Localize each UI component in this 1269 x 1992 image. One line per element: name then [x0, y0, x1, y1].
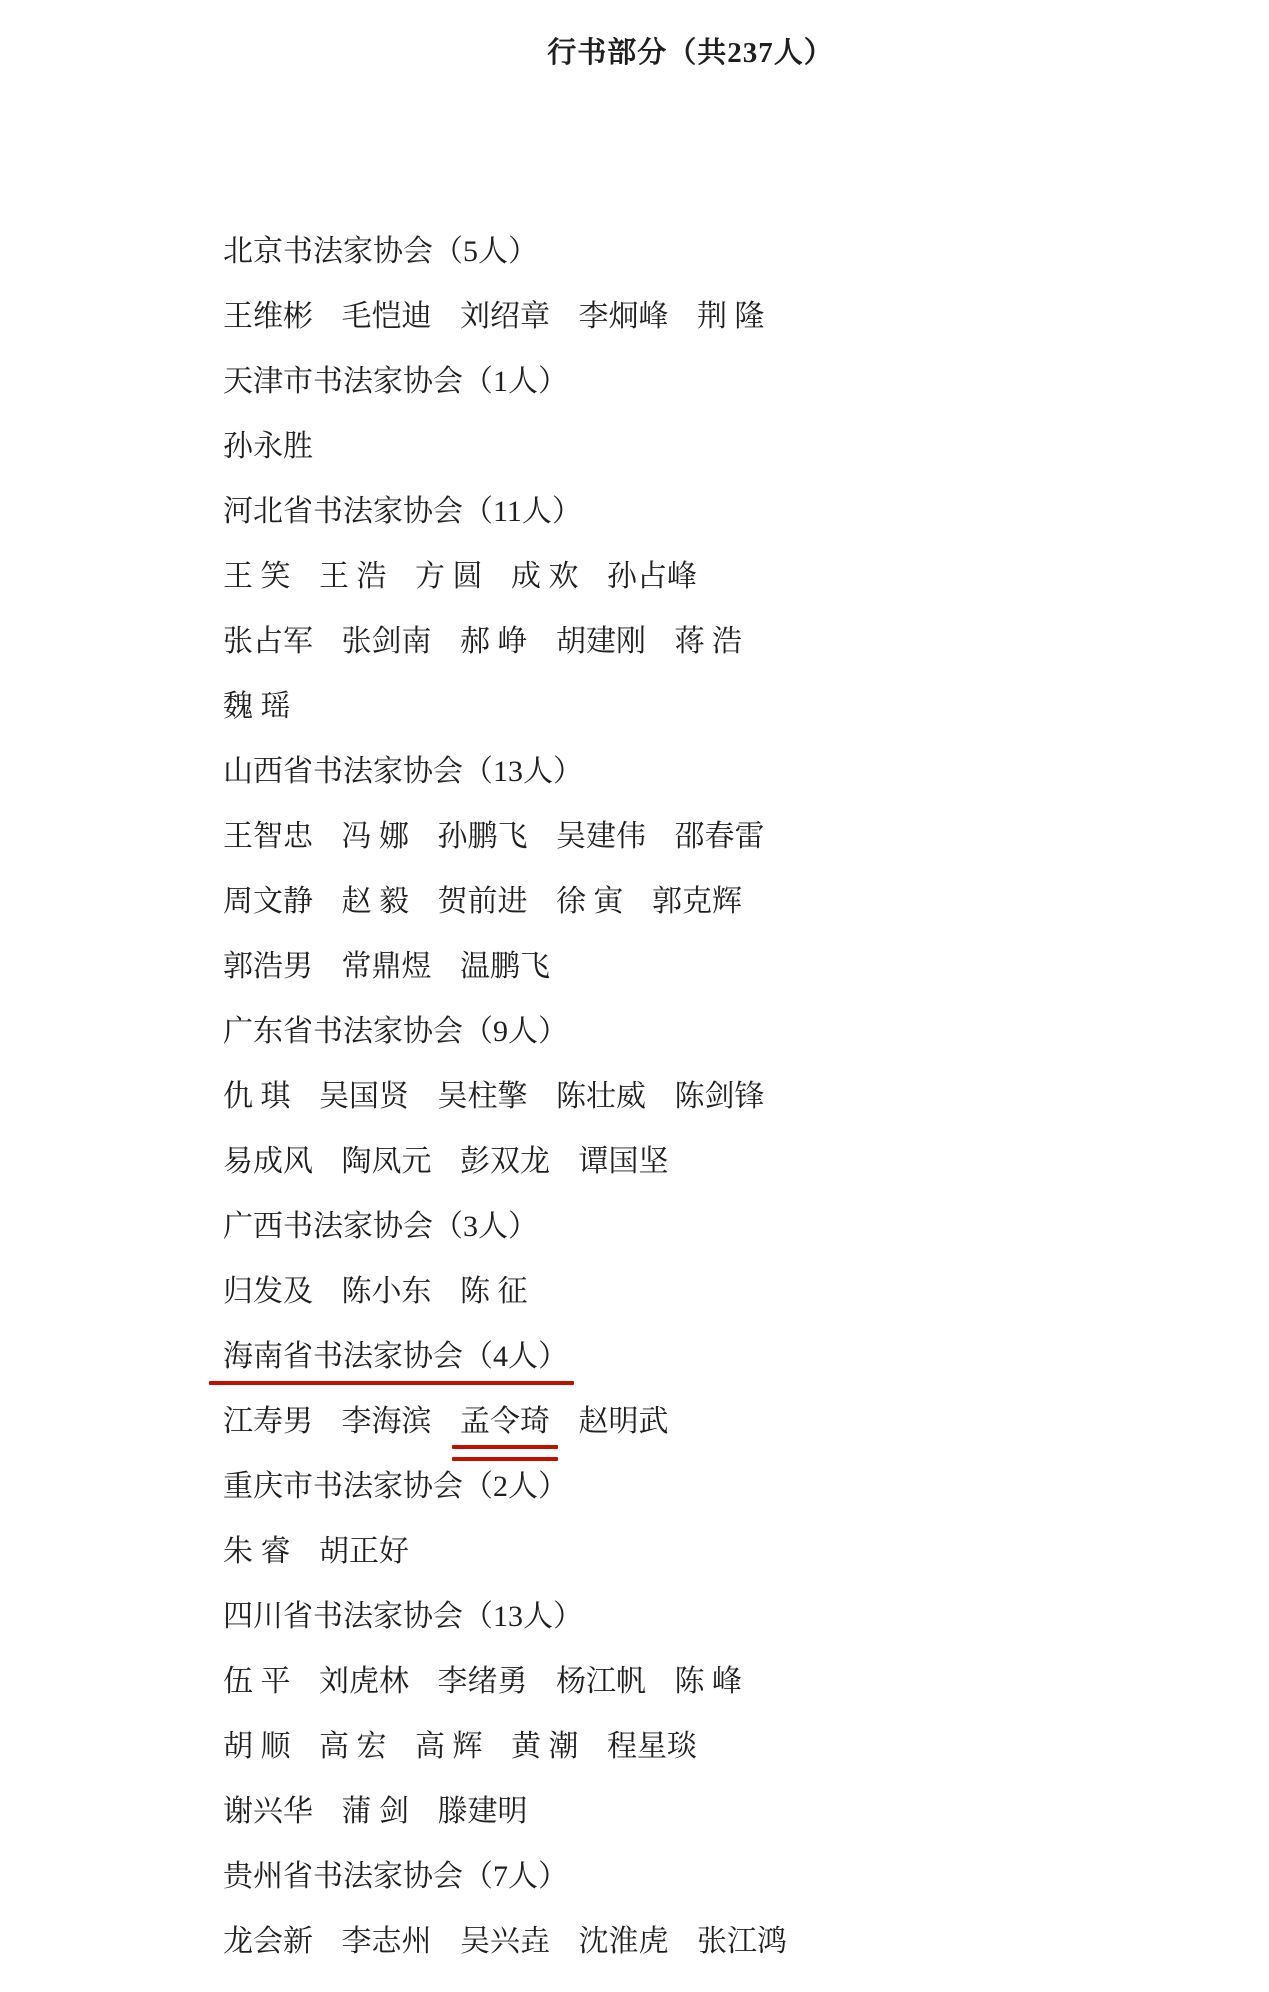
- member-name-line: 胡 顺高 宏高 辉黄 潮程星琰: [223, 1710, 1249, 1775]
- member-name: 胡正好: [319, 1526, 409, 1570]
- member-name: 高 辉: [415, 1721, 483, 1765]
- member-name: 吴柱擎: [438, 1071, 528, 1115]
- page-title: 行书部分（共237人）: [0, 30, 1269, 71]
- member-name-line: 归发及陈小东陈 征: [223, 1255, 1249, 1320]
- member-name: 黄 潮: [511, 1721, 579, 1765]
- member-name: 程星琰: [607, 1721, 697, 1765]
- section-heading: 贵州省书法家协会（7人）: [223, 1851, 568, 1895]
- member-name-line: 孙永胜: [223, 410, 1249, 475]
- member-name-line: 伍 平刘虎林李绪勇杨江帆陈 峰: [223, 1645, 1249, 1710]
- member-name: 李炯峰: [579, 291, 669, 335]
- section-heading-line: 广西书法家协会（3人）: [223, 1190, 1249, 1255]
- member-name: 郭浩男: [223, 941, 313, 985]
- member-name: 谢兴华: [223, 1786, 313, 1830]
- highlighted-member-name: 孟令琦: [460, 1396, 550, 1440]
- member-name: 沈淮虎: [579, 1916, 669, 1960]
- member-name: 龙会新: [223, 1916, 313, 1960]
- member-name: 李志州: [342, 1916, 432, 1960]
- member-name: 蒋 浩: [675, 616, 743, 660]
- section-heading: 广西书法家协会（3人）: [223, 1201, 538, 1245]
- member-name: 张江鸿: [697, 1916, 787, 1960]
- member-name: 仇 琪: [223, 1071, 291, 1115]
- section-heading-line: 重庆市书法家协会（2人）: [223, 1450, 1249, 1515]
- section-heading-line: 北京书法家协会（5人）: [223, 215, 1249, 280]
- member-name: 杨江帆: [556, 1656, 646, 1700]
- member-name: 归发及: [223, 1266, 313, 1310]
- member-name: 温鹏飞: [460, 941, 550, 985]
- member-name-line: 仇 琪吴国贤吴柱擎陈壮威陈剑锋: [223, 1060, 1249, 1125]
- section-heading: 四川省书法家协会（13人）: [223, 1591, 583, 1635]
- section-heading: 天津市书法家协会（1人）: [223, 356, 568, 400]
- member-name: 谭国坚: [579, 1136, 669, 1180]
- member-name: 高 宏: [319, 1721, 387, 1765]
- member-name: 陈剑锋: [675, 1071, 765, 1115]
- member-name-line: 王维彬毛恺迪刘绍章李炯峰荆 隆: [223, 280, 1249, 345]
- member-name-line: 魏 瑶: [223, 670, 1249, 735]
- section-heading-line: 广东省书法家协会（9人）: [223, 995, 1249, 1060]
- member-name: 胡 顺: [223, 1721, 291, 1765]
- member-name: 魏 瑶: [223, 681, 291, 725]
- member-name-line: 龙会新李志州吴兴垚沈淮虎张江鸿: [223, 1905, 1249, 1970]
- member-name: 易成风: [223, 1136, 313, 1180]
- member-name: 方 圆: [415, 551, 483, 595]
- member-name-line: 周文静赵 毅贺前进徐 寅郭克辉: [223, 865, 1249, 930]
- section-heading-line: 河北省书法家协会（11人）: [223, 475, 1249, 540]
- member-name: 孙永胜: [223, 421, 313, 465]
- member-name-line: 江寿男李海滨孟令琦赵明武: [223, 1385, 1249, 1450]
- section-heading-line: 海南省书法家协会（4人）: [223, 1320, 1249, 1385]
- member-name: 冯 娜: [342, 811, 410, 855]
- member-name: 滕建明: [438, 1786, 528, 1830]
- member-name: 吴国贤: [319, 1071, 409, 1115]
- member-name: 江寿男: [223, 1396, 313, 1440]
- member-name: 吴兴垚: [460, 1916, 550, 1960]
- member-name: 胡建刚: [556, 616, 646, 660]
- member-name: 周文静: [223, 876, 313, 920]
- member-name: 王维彬: [223, 291, 313, 335]
- member-name: 王智忠: [223, 811, 313, 855]
- member-name: 刘虎林: [319, 1656, 409, 1700]
- section-heading: 河北省书法家协会（11人）: [223, 486, 582, 530]
- member-name: 常鼎煜: [342, 941, 432, 985]
- member-name: 徐 寅: [556, 876, 624, 920]
- member-name: 陈 征: [460, 1266, 528, 1310]
- member-name-line: 王智忠冯 娜孙鹏飞吴建伟邵春雷: [223, 800, 1249, 865]
- section-heading: 山西省书法家协会（13人）: [223, 746, 583, 790]
- document-page: 行书部分（共237人） 北京书法家协会（5人）王维彬毛恺迪刘绍章李炯峰荆 隆天津…: [0, 0, 1269, 1992]
- member-name: 吴建伟: [556, 811, 646, 855]
- member-name: 贺前进: [438, 876, 528, 920]
- member-name: 王 浩: [319, 551, 387, 595]
- member-name: 陈 峰: [675, 1656, 743, 1700]
- member-name: 张剑南: [342, 616, 432, 660]
- section-heading: 广东省书法家协会（9人）: [223, 1006, 568, 1050]
- section-heading: 重庆市书法家协会（2人）: [223, 1461, 568, 1505]
- member-name: 陈小东: [342, 1266, 432, 1310]
- member-name: 邵春雷: [675, 811, 765, 855]
- member-name: 王 笑: [223, 551, 291, 595]
- member-name: 毛恺迪: [342, 291, 432, 335]
- section-heading-line: 贵州省书法家协会（7人）: [223, 1840, 1249, 1905]
- member-name-line: 郭浩男常鼎煜温鹏飞: [223, 930, 1249, 995]
- member-name: 孙占峰: [607, 551, 697, 595]
- member-name: 郭克辉: [652, 876, 742, 920]
- section-heading-line: 山西省书法家协会（13人）: [223, 735, 1249, 800]
- member-name: 蒲 剑: [342, 1786, 410, 1830]
- member-name: 陈壮威: [556, 1071, 646, 1115]
- member-name-line: 王 笑王 浩方 圆成 欢孙占峰: [223, 540, 1249, 605]
- member-name: 张占军: [223, 616, 313, 660]
- member-name: 郝 峥: [460, 616, 528, 660]
- member-name: 孙鹏飞: [438, 811, 528, 855]
- member-name: 荆 隆: [697, 291, 765, 335]
- member-name-line: 易成风陶凤元彭双龙谭国坚: [223, 1125, 1249, 1190]
- member-name: 朱 睿: [223, 1526, 291, 1570]
- member-name-line: 张占军张剑南郝 峥胡建刚蒋 浩: [223, 605, 1249, 670]
- member-name: 李海滨: [342, 1396, 432, 1440]
- member-name: 李绪勇: [438, 1656, 528, 1700]
- section-heading-underlined: 海南省书法家协会（4人）: [223, 1331, 568, 1375]
- section-heading-line: 天津市书法家协会（1人）: [223, 345, 1249, 410]
- member-name: 刘绍章: [460, 291, 550, 335]
- sections-container: 北京书法家协会（5人）王维彬毛恺迪刘绍章李炯峰荆 隆天津市书法家协会（1人）孙永…: [223, 215, 1249, 1970]
- member-name: 陶凤元: [342, 1136, 432, 1180]
- section-heading: 北京书法家协会（5人）: [223, 226, 538, 270]
- member-name: 成 欢: [511, 551, 579, 595]
- member-name: 赵明武: [579, 1396, 669, 1440]
- member-name: 彭双龙: [460, 1136, 550, 1180]
- member-name: 伍 平: [223, 1656, 291, 1700]
- section-heading-line: 四川省书法家协会（13人）: [223, 1580, 1249, 1645]
- member-name-line: 朱 睿胡正好: [223, 1515, 1249, 1580]
- member-name-line: 谢兴华蒲 剑滕建明: [223, 1775, 1249, 1840]
- member-name: 赵 毅: [342, 876, 410, 920]
